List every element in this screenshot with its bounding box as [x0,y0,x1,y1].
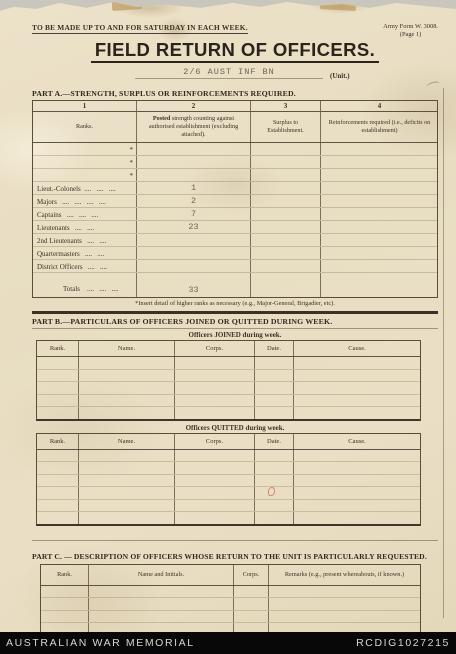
form-content: TO BE MADE UP TO AND FOR SATURDAY IN EAC… [32,0,438,649]
table-row [37,382,420,395]
instruction-note: TO BE MADE UP TO AND FOR SATURDAY IN EAC… [32,23,248,34]
table-row [37,450,420,463]
column-header-surplus: Surplus to Establishment. [251,112,321,142]
part-a-table: 1 2 3 4 Ranks. Posted strength counting … [32,100,438,298]
table-row [41,611,420,624]
form-header-row: TO BE MADE UP TO AND FOR SATURDAY IN EAC… [32,23,438,40]
posted-value: 23 [137,221,251,233]
scanned-form-page: TO BE MADE UP TO AND FOR SATURDAY IN EAC… [0,0,456,632]
column-header-cause: Cause. [294,434,420,449]
table-row [37,407,420,419]
column-header-rank: Rank. [37,341,79,356]
table-row: Majors .... .... .... .... 2 [33,195,437,208]
column-header-cause: Cause. [294,341,420,356]
section-divider [32,311,438,314]
title-wrap: FIELD RETURN OF OFFICERS. [32,41,438,65]
table-row [37,512,420,524]
spacer-row [33,273,437,282]
column-header-row: Rank. Name and Initials. Corps. Remarks … [41,565,420,586]
rank-label: Majors .... .... .... .... [37,198,106,206]
table-row [37,395,420,408]
column-number: 1 [33,101,137,111]
posted-value [137,247,251,259]
posted-value [137,260,251,272]
asterisk-marker: * [130,146,134,154]
totals-value: 33 [137,282,251,297]
unit-value: 2/6 AUST INF BN [135,67,323,77]
unit-field: 2/6 AUST INF BN (Unit.) [32,65,438,82]
form-number: Army Form W. 3008. (Page 1) [383,23,438,39]
column-header-corps: Corps. [175,434,255,449]
posted-value [137,234,251,246]
posted-value: 7 [137,208,251,220]
awm-footer-bar: AUSTRALIAN WAR MEMORIAL RCDIG1027215 [0,632,456,654]
column-header-row: Rank. Name. Corps. Date. Cause. [37,434,420,450]
part-b-heading: PART B.—PARTICULARS OF OFFICERS JOINED O… [32,317,438,329]
table-row: Lieutenants .... .... 23 [33,221,437,234]
asterisk-marker: * [130,172,134,180]
totals-label: Totals .... .... .... [63,285,119,293]
column-number-row: 1 2 3 4 [33,101,437,112]
column-header-date: Date. [255,341,294,356]
part-c-heading: PART C. — DESCRIPTION OF OFFICERS WHOSE … [32,552,438,561]
table-row: Captains .... .... .... 7 [33,208,437,221]
table-row: * [33,169,437,182]
column-header-rank: Rank. [41,565,89,585]
column-number: 4 [321,101,438,111]
column-header-corps: Corps. [175,341,255,356]
rank-label: Captains .... .... .... [37,211,98,219]
joined-table: Rank. Name. Corps. Date. Cause. [36,340,421,421]
column-header-reinforcements: Reinforcements required (i.e., deficits … [321,112,438,142]
awm-title: AUSTRALIAN WAR MEMORIAL [6,637,195,649]
part-a-heading: PART A.—STRENGTH, SURPLUS OR REINFORCEME… [32,89,438,98]
totals-row: Totals .... .... .... 33 [33,282,437,297]
unit-fill-line [135,78,323,79]
column-header-corps: Corps. [234,565,269,585]
table-row: Quartermasters .... .... [33,247,437,260]
column-header-name: Name. [79,341,175,356]
quitted-table: Rank. Name. Corps. Date. Cause. [36,433,421,526]
table-row [37,370,420,383]
table-row [37,475,420,488]
column-number: 3 [251,101,321,111]
form-number-line1: Army Form W. 3008. [383,23,438,30]
unit-label: (Unit.) [330,72,350,80]
table-row: * [33,156,437,169]
table-row [37,462,420,475]
column-header-row: Rank. Name. Corps. Date. Cause. [37,341,420,357]
column-header-name: Name. [79,434,175,449]
column-header-remarks: Remarks (e.g., present whereabouts, if k… [269,565,420,585]
form-title: FIELD RETURN OF OFFICERS. [91,41,379,63]
officers-quitted-title: Officers QUITTED during week. [32,424,438,433]
officers-joined-title: Officers JOINED during week. [32,331,438,340]
column-header-name-initials: Name and Initials. [89,565,234,585]
table-row [37,487,420,500]
form-number-line2: (Page 1) [400,31,421,38]
paper-crease [443,88,444,618]
column-number: 2 [137,101,251,111]
awm-reference-id: RCDIG1027215 [356,637,450,649]
posted-value [137,143,251,155]
rank-label: Lieutenants .... .... [37,224,94,232]
section-divider [32,540,438,541]
table-row [41,598,420,611]
rank-label: District Officers .... .... [37,263,107,271]
column-header-rank: Rank. [37,434,79,449]
asterisk-marker: * [130,159,134,167]
column-header-ranks: Ranks. [33,112,137,142]
posted-value [137,169,251,181]
table-row [37,357,420,370]
posted-value: 2 [137,195,251,207]
table-row: * [33,143,437,156]
rank-label: Lieut.-Colonels .... .... .... [37,185,116,193]
posted-value [137,156,251,168]
table-row [37,500,420,513]
table-row: Lieut.-Colonels .... .... .... 1 [33,182,437,195]
table-row: 2nd Lieutenants .... .... [33,234,437,247]
rank-label: Quartermasters .... .... [37,250,104,258]
column-header-date: Date. [255,434,294,449]
column-header-posted: Posted strength counting against authori… [137,112,251,142]
table-row: District Officers .... .... [33,260,437,273]
posted-value: 1 [137,182,251,194]
column-header-row: Ranks. Posted strength counting against … [33,112,437,143]
rank-label: 2nd Lieutenants .... .... [37,237,106,245]
table-row [41,586,420,599]
footnote: *Insert detail of higher ranks as necess… [32,300,438,308]
